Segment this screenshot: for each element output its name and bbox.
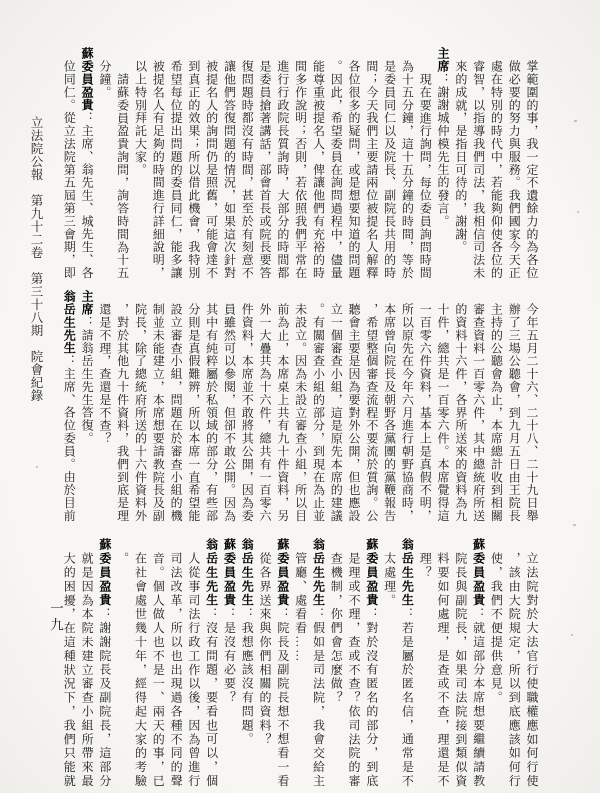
text-column: 是委員同仁以及院長、副院長共用的時 [380, 47, 398, 279]
column-text: 今年五月二十六、二十八、二十九日舉 [525, 303, 539, 522]
column-text: 員雖然可以參閱，但卻不敢公開。因為 [222, 303, 236, 522]
column-text: ：若是屬於匿名信，通常是不 [400, 608, 414, 789]
text-column: 大的困擾，在這種狀況下，我們只能就 [59, 538, 77, 788]
text-column: 蘇委員盈貴：院長及副院長想不想看一看 [273, 538, 291, 788]
text-column: ，該由大院規定，所以到底應該如何行 [504, 538, 522, 788]
column-text: 音。個人做人也不是一、兩天的事，已 [151, 552, 165, 788]
text-column: 主持的公聽會為止，本席總計收到相關 [487, 290, 505, 522]
speaker-name: 蘇委員盈貴 [98, 538, 112, 608]
column-text: 是理或不理，查或不查？依司法院的審 [347, 552, 361, 788]
column-text: 其中有純粹屬於私領域的部分，有些部 [205, 303, 219, 522]
column-text: 制並未能建立，本席想要請教院長及副 [151, 303, 165, 522]
text-column: 間；今天我們主要請兩位被提名人解釋 [362, 47, 380, 279]
scan-speck [577, 211, 579, 213]
text-column: 主席：請翁岳生先生答復。 [77, 290, 95, 522]
text-column: 翁岳生先生：假如是司法院，我會交給主 [309, 538, 327, 788]
text-column: 是委員搶著講話，部會首長或院長要答 [255, 47, 273, 279]
column-text: 分則是真假難辨，所以本席一直希望能 [187, 303, 201, 522]
text-column: 審查資料一百零六件，其中總統府所送 [469, 290, 487, 522]
text-column: 前為止，本席桌上共有九十件資料，另 [273, 290, 291, 522]
text-column: 。因此，希望委員在詢問過程中，儘量 [326, 47, 344, 279]
column-text: 從各界送來與你們相關的資料？ [258, 552, 272, 747]
speaker-name: 蘇委員盈貴 [276, 538, 290, 608]
column-text: 所以原先在今年六月進行朝野協商時， [400, 303, 414, 522]
text-column: 其中有純粹屬於私領域的部分，有些部 [202, 290, 220, 522]
text-column: 蘇委員盈貴：是沒有必要？ [220, 538, 238, 788]
text-column: 。有關審查小組的部分，到現在為止並 [309, 290, 327, 522]
column-text: 請蘇委員盈貴詢問，詢答時間為十五 [116, 73, 130, 279]
column-text: 未設立。因為未設立審查小組，所以目 [294, 303, 308, 522]
text-column: 位同仁。從立法院第五屆第三會期，即 [59, 47, 77, 279]
scan-speck [573, 524, 576, 526]
column-text: ：主席、各位委員。由於目前 [62, 355, 76, 523]
text-column: 立一個審查小組，這是原先本席的建議 [326, 290, 344, 522]
column-text: 太處理。 [383, 552, 397, 608]
text-band-middle: 今年五月二十六、二十八、二十九日舉辦了三場公聽會，到九月五日由王院長主持的公聽會… [59, 290, 540, 522]
text-column: 聽會主要是因為要對外公開，但也應設 [344, 290, 362, 522]
text-column: 外一大疊共為十六件，總共有一百零六 [255, 290, 273, 522]
column-text: 為十五分鐘，這十五分鐘的時間，等於 [400, 60, 414, 279]
text-column: 為十五分鐘，這十五分鐘的時間，等於 [398, 47, 416, 279]
text-column: 蘇委員盈貴：謝謝院長及副院長，這部分 [95, 538, 113, 788]
text-column: 還是不理，查還是不查？ [95, 290, 113, 522]
text-column: 未設立。因為未設立審查小組，所以目 [291, 290, 309, 522]
column-text: 復問題時都沒有時間，甚至於有刻意不 [240, 60, 254, 279]
text-column: 院長，除了總統府所送的十六件資料外 [131, 290, 149, 522]
text-column: 來的成就，是指日可待的，謝謝。 [451, 47, 469, 279]
column-text: ：是沒有必要？ [222, 608, 236, 705]
column-text: 本席曾向院長及朝野各黨團的黨鞭報告 [383, 303, 397, 522]
column-text: 查機制，你們會怎麼做？ [329, 552, 343, 705]
text-column: 從各界送來與你們相關的資料？ [255, 538, 273, 788]
column-text: 外一大疊共為十六件，總共有一百零六 [258, 303, 272, 522]
column-text: 設立審查小組，問題在於審查小組的機 [169, 303, 183, 522]
speaker-name: 翁岳生先生 [311, 538, 325, 608]
column-text: 司法改革，所以也出現過各種不同的聲 [169, 552, 183, 788]
margin-caption: 立法院公報 第九十二卷 第三十八期 院會紀錄 [27, 116, 45, 402]
column-text: 使，我們不便提供意見。 [489, 552, 503, 705]
column-text: 分鐘。 [98, 60, 112, 99]
column-text: 。因此，希望委員在詢問過程中，儘量 [329, 60, 343, 279]
column-text: 。有關審查小組的部分，到現在為止並 [311, 303, 325, 522]
speaker-name: 蘇委員盈貴 [222, 538, 236, 608]
text-column: 翁岳生先生：主席、各位委員。由於目前 [59, 290, 77, 522]
text-column: 現在要進行詢問，每位委員詢問時間 [415, 47, 433, 279]
text-column: 料要如何處理，是查或不查，理還是不 [433, 538, 451, 788]
column-text: 來的成就，是指日可待的，謝謝。 [454, 60, 468, 254]
text-column: 制並未能建立，本席想要請教院長及副 [148, 290, 166, 522]
gazette-page: { "doc": { "margin_caption": "立法院公報 第九十二… [0, 0, 600, 793]
text-column: 間多作說明；否則，若依照我們平常在 [291, 47, 309, 279]
column-text: ，希望整個審查流程不要流於質詢。公 [365, 303, 379, 522]
text-band-top: 掌範圍的事，我一定不遺餘力的為各位做必要的努力與服務。我們國家今天正處在特別的時… [59, 47, 540, 279]
text-column: 立法院對於大法官行使職權應如何行使 [522, 538, 540, 788]
text-column: 一百零六件資料，基本上是真假不明， [415, 290, 433, 522]
text-column: 翁岳生先生：沒有問題，要看也可以，個 [202, 538, 220, 788]
column-text: 管廳、處看看…… [294, 552, 308, 663]
text-column: 。 [113, 538, 131, 788]
column-text: 審查資料一百零六件，其中總統府所送 [472, 303, 486, 522]
column-text: ：謝謝城仲模先生的發言。 [436, 73, 450, 228]
column-text: ：沒有問題，要看也可以，個 [205, 608, 219, 789]
column-text: 聽會主要是因為要對外公開，但也應設 [347, 303, 361, 522]
column-text: 辦了三場公聽會，到九月五日由王院長 [507, 303, 521, 522]
text-column: 蘇委員盈貴：主席、翁先生、城先生、各 [77, 47, 95, 279]
column-text: 前為止，本席桌上共有九十件資料，另 [276, 303, 290, 522]
text-column: 到真正的效果；所以借此機會，我特別 [184, 47, 202, 279]
text-column: 院長與副院長，如果司法院接到類似資 [451, 538, 469, 788]
column-text: 到真正的效果；所以借此機會，我特別 [187, 60, 201, 279]
column-text: ：請翁岳生先生答復。 [80, 316, 94, 445]
text-column: 蘇委員盈貴：對於沒有匿名的部分，到底 [362, 538, 380, 788]
page-number: 一九 [45, 601, 65, 634]
text-column: 音。個人做人也不是一、兩天的事，已 [148, 538, 166, 788]
text-column: 能尊重被提名人，俾讓他們有充裕的時 [309, 47, 327, 279]
column-text: 做必要的努力與服務。我們國家今天正 [507, 60, 521, 279]
column-text: 還是不理，查還是不查？ [98, 303, 112, 445]
text-column: 復問題時都沒有時間，甚至於有刻意不 [237, 47, 255, 279]
column-text: 一百零六件資料，基本上是真假不明， [418, 303, 432, 522]
text-column: 辦了三場公聽會，到九月五日由王院長 [504, 290, 522, 522]
speaker-name: 翁岳生先生 [240, 538, 254, 608]
text-column: 被提名人有足夠的時間進行詳細說明， [148, 47, 166, 279]
text-column: 翁岳生先生：我想應該沒有問題。 [237, 538, 255, 788]
text-column: 今年五月二十六、二十八、二十九日舉 [522, 290, 540, 522]
speaker-name: 主席 [80, 290, 94, 316]
column-text: 進行行政院長質詢時，大部分的時間都 [276, 60, 290, 279]
column-text: 院長與副院長，如果司法院接到類似資 [454, 552, 468, 788]
text-column: 太處理。 [380, 538, 398, 788]
text-column: 十件，總共是一百零六件。本席覺得這 [433, 290, 451, 522]
column-text: 人從事司法行政工作以後，因為曾進行 [187, 552, 201, 788]
column-text: 掌範圍的事，我一定不遺餘力的為各位 [525, 60, 539, 279]
column-text: ：我想應該沒有問題。 [240, 608, 254, 747]
text-column: 所以原先在今年六月進行朝野協商時， [398, 290, 416, 522]
text-column: 人從事司法行政工作以後，因為曾進行 [184, 538, 202, 788]
column-text: 是委員搶著講話，部會首長或院長要答 [258, 60, 272, 279]
scan-speck [36, 466, 38, 468]
text-band-bottom: 立法院對於大法官行使職權應如何行使，該由大院規定，所以到底應該如何行使，我們不便… [59, 538, 540, 788]
column-text: 讓他們答復問題的情況，如果這次針對 [222, 60, 236, 279]
text-column: 各位很多的疑問，或是想要知道的問題 [344, 47, 362, 279]
text-column: 被提名人的詢問仍是照舊，可能會達不 [202, 47, 220, 279]
column-text: 是委員同仁以及院長、副院長共用的時 [383, 60, 397, 279]
column-text: 各位很多的疑問，或是想要知道的問題 [347, 60, 361, 279]
text-column: 查機制，你們會怎麼做？ [326, 538, 344, 788]
text-column: 在社會處世幾十年，經得起大家的考驗 [131, 538, 149, 788]
speaker-name: 蘇委員盈貴 [472, 538, 486, 608]
speaker-name: 蘇委員盈貴 [80, 47, 94, 112]
text-column: 主席：謝謝城仲模先生的發言。 [433, 47, 451, 279]
column-text: 十件，總共是一百零六件。本席覺得這 [436, 303, 450, 522]
column-text: 院長，除了總統府所送的十六件資料外 [133, 303, 147, 522]
text-column: 司法改革，所以也出現過各種不同的聲 [166, 538, 184, 788]
column-text: 能尊重被提名人，俾讓他們有充裕的時 [311, 60, 325, 279]
column-text: 間；今天我們主要請兩位被提名人解釋 [365, 60, 379, 279]
column-text: ：謝謝院長及副院長，這部分 [98, 608, 112, 789]
column-text: 處在特別的時代中，若能夠仰使各位的 [489, 60, 503, 279]
scan-speck [574, 120, 577, 122]
text-column: 以上特別拜託大家。 [131, 47, 149, 279]
text-column: ，對於其他九十件資料，我們到底是理 [113, 290, 131, 522]
column-text: ：院長及副院長想不想看一看 [276, 608, 290, 789]
column-text: 被提名人有足夠的時間進行詳細說明， [151, 60, 165, 279]
column-text: 睿智，以指導我們司法，我相信司法未 [472, 60, 486, 279]
column-text: ，對於其他九十件資料，我們到底是理 [116, 303, 130, 522]
text-column: 本席曾向院長及朝野各黨團的黨鞭報告 [380, 290, 398, 522]
column-text: ：假如是司法院，我會交給主 [311, 608, 325, 789]
text-column: 希望每位提出問題的委員同仁，能多讓 [166, 47, 184, 279]
column-text: 在社會處世幾十年，經得起大家的考驗 [133, 552, 147, 788]
text-column: ，希望整個審查流程不要流於質詢。公 [362, 290, 380, 522]
column-text: 料要如何處理，是查或不查，理還是不 [436, 552, 450, 788]
column-text: 間多作說明；否則，若依照我們平常在 [294, 60, 308, 279]
scan-speck [571, 634, 573, 636]
text-column: 設立審查小組，問題在於審查小組的機 [166, 290, 184, 522]
column-text: ，該由大院規定，所以到底應該如何行 [507, 552, 521, 788]
text-column: 理？ [415, 538, 433, 788]
text-column: 件資料，本席並不敢將其公開，因為委 [237, 290, 255, 522]
text-column: 分鐘。 [95, 47, 113, 279]
column-text: 立一個審查小組，這是原先本席的建議 [329, 303, 343, 522]
column-text: 主持的公聽會為止，本席總計收到相關 [489, 303, 503, 522]
text-column: 分則是真假難辨，所以本席一直希望能 [184, 290, 202, 522]
speaker-name: 蘇委員盈貴 [365, 538, 379, 608]
column-text: ：就這部分本席想要繼續請教 [472, 608, 486, 789]
text-column: 就是因為本院未建立審查小組所帶來最 [77, 538, 95, 788]
text-column: 請蘇委員盈貴詢問，詢答時間為十五 [113, 47, 131, 279]
text-column: 進行行政院長質詢時，大部分的時間都 [273, 47, 291, 279]
column-text: 的資料十六件，各界所送來的資料為九 [454, 303, 468, 522]
speaker-name: 翁岳生先生 [205, 538, 219, 608]
text-column: 員雖然可以參閱，但卻不敢公開。因為 [220, 290, 238, 522]
column-text: ：對於沒有匿名的部分，到底 [365, 608, 379, 789]
speaker-name: 翁岳生先生 [62, 290, 76, 355]
column-text: 現在要進行詢問，每位委員詢問時間 [418, 73, 432, 279]
column-text: 以上特別拜託大家。 [133, 60, 147, 176]
text-column: 讓他們答復問題的情況，如果這次針對 [220, 47, 238, 279]
text-column: 是理或不理，查或不查？依司法院的審 [344, 538, 362, 788]
column-text: 立法院對於大法官行使職權應如何行使 [525, 552, 539, 788]
speaker-name: 翁岳生先生 [400, 538, 414, 608]
column-text: 希望每位提出問題的委員同仁，能多讓 [169, 60, 183, 279]
column-text: 被提名人的詢問仍是照舊，可能會達不 [205, 60, 219, 279]
column-text: ：主席、翁先生、城先生、各 [80, 112, 94, 280]
text-column: 蘇委員盈貴：就這部分本席想要繼續請教 [469, 538, 487, 788]
text-column: 處在特別的時代中，若能夠仰使各位的 [487, 47, 505, 279]
column-text: 就是因為本院未建立審查小組所帶來最 [80, 552, 94, 788]
column-text: 大的困擾，在這種狀況下，我們只能就 [62, 552, 76, 788]
column-text: 理？ [418, 552, 432, 580]
text-column: 翁岳生先生：若是屬於匿名信，通常是不 [398, 538, 416, 788]
text-column: 的資料十六件，各界所送來的資料為九 [451, 290, 469, 522]
speaker-name: 主席 [436, 47, 450, 73]
text-column: 管廳、處看看…… [291, 538, 309, 788]
text-column: 做必要的努力與服務。我們國家今天正 [504, 47, 522, 279]
text-column: 睿智，以指導我們司法，我相信司法未 [469, 47, 487, 279]
column-text: 件資料，本席並不敢將其公開，因為委 [240, 303, 254, 522]
column-text: 。 [116, 552, 130, 566]
text-column: 使，我們不便提供意見。 [487, 538, 505, 788]
text-column: 掌範圍的事，我一定不遺餘力的為各位 [522, 47, 540, 279]
column-text: 位同仁。從立法院第五屆第三會期，即 [62, 60, 76, 279]
